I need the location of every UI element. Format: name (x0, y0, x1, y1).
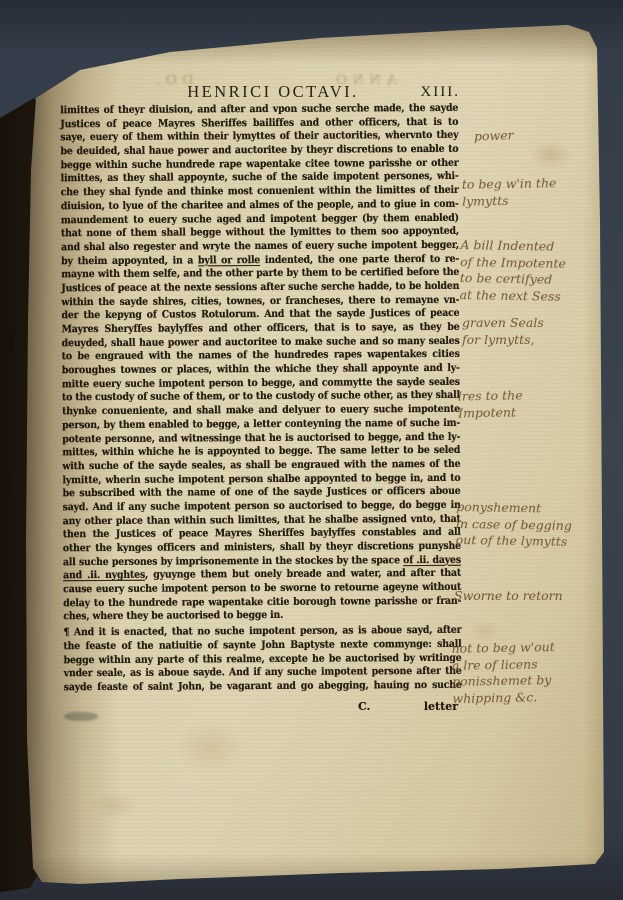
margin-note-line: lymytts (462, 192, 557, 210)
signature-row: C. letter (62, 700, 460, 714)
margin-note-line: ponisshemet by (452, 672, 555, 690)
margin-note-line: not to beg w'out (451, 639, 554, 657)
margin-note: Sworne to retorn (454, 588, 563, 605)
margin-note-line: Sworne to retorn (454, 588, 563, 605)
body-text: limittes of theyr diuision, and after an… (60, 102, 462, 695)
book-page: DO. ANNO HENRICI OCTAVI. XIII. limittes … (0, 0, 623, 900)
body-line: ches, where they be auctorised to begge … (63, 608, 461, 624)
margin-note-line: whipping &c. (452, 689, 555, 707)
book-photo-scene: DO. ANNO HENRICI OCTAVI. XIII. limittes … (0, 0, 623, 900)
body-line: sayde feaste of saint John, be vagarant … (64, 679, 462, 695)
margin-note: graven Sealsfor lymytts, (462, 315, 544, 348)
margin-note-line: ponyshement (456, 499, 572, 518)
margin-note-line: of the Impotente (460, 254, 566, 272)
margin-note: A bill Indentedof the Impotenteto be cer… (459, 237, 566, 305)
margin-note: power (474, 127, 514, 145)
margin-note-line: in case of begging (456, 515, 572, 534)
margin-note-line: A bill Indented (460, 237, 566, 255)
signature-mark: C. (358, 700, 370, 713)
paragraph: limittes of theyr diuision, and after an… (60, 102, 461, 625)
running-head-title: HENRICI OCTAVI. (168, 82, 378, 102)
gutter-print-fragment (6, 330, 14, 352)
margin-note: not to beg w'outa lre of licensponisshem… (451, 639, 555, 707)
margin-note: to beg w'in thelymytts (462, 175, 557, 210)
paragraph: ¶ And it is enacted, that no suche impot… (63, 624, 461, 695)
margin-note-line: Impotent (458, 404, 523, 422)
margin-note-line: power (474, 127, 514, 145)
margin-note: ponyshementin case of beggingout of the … (456, 499, 573, 551)
margin-note-line: graven Seals (462, 315, 544, 332)
margin-note-line: to be certifyed (460, 270, 566, 288)
gutter-print-fragment (5, 580, 13, 598)
margin-note-line: at the next Sess (459, 287, 565, 305)
margin-note-line: for lymytts, (462, 332, 544, 349)
ink-smudge (64, 712, 98, 721)
gutter-print-fragment (4, 470, 13, 500)
margin-note: lres to theImpotent (458, 387, 523, 421)
marginalia-column: powerto beg w'in thelymyttsA bill Indent… (452, 0, 620, 900)
margin-note-line: a lre of licens (452, 656, 555, 674)
margin-note-line: out of the lymytts (456, 532, 572, 551)
margin-note-line: to beg w'in the (462, 175, 557, 193)
foxing-stain (90, 790, 140, 820)
margin-note-line: lres to the (458, 387, 523, 405)
foxing-stain (175, 720, 245, 775)
